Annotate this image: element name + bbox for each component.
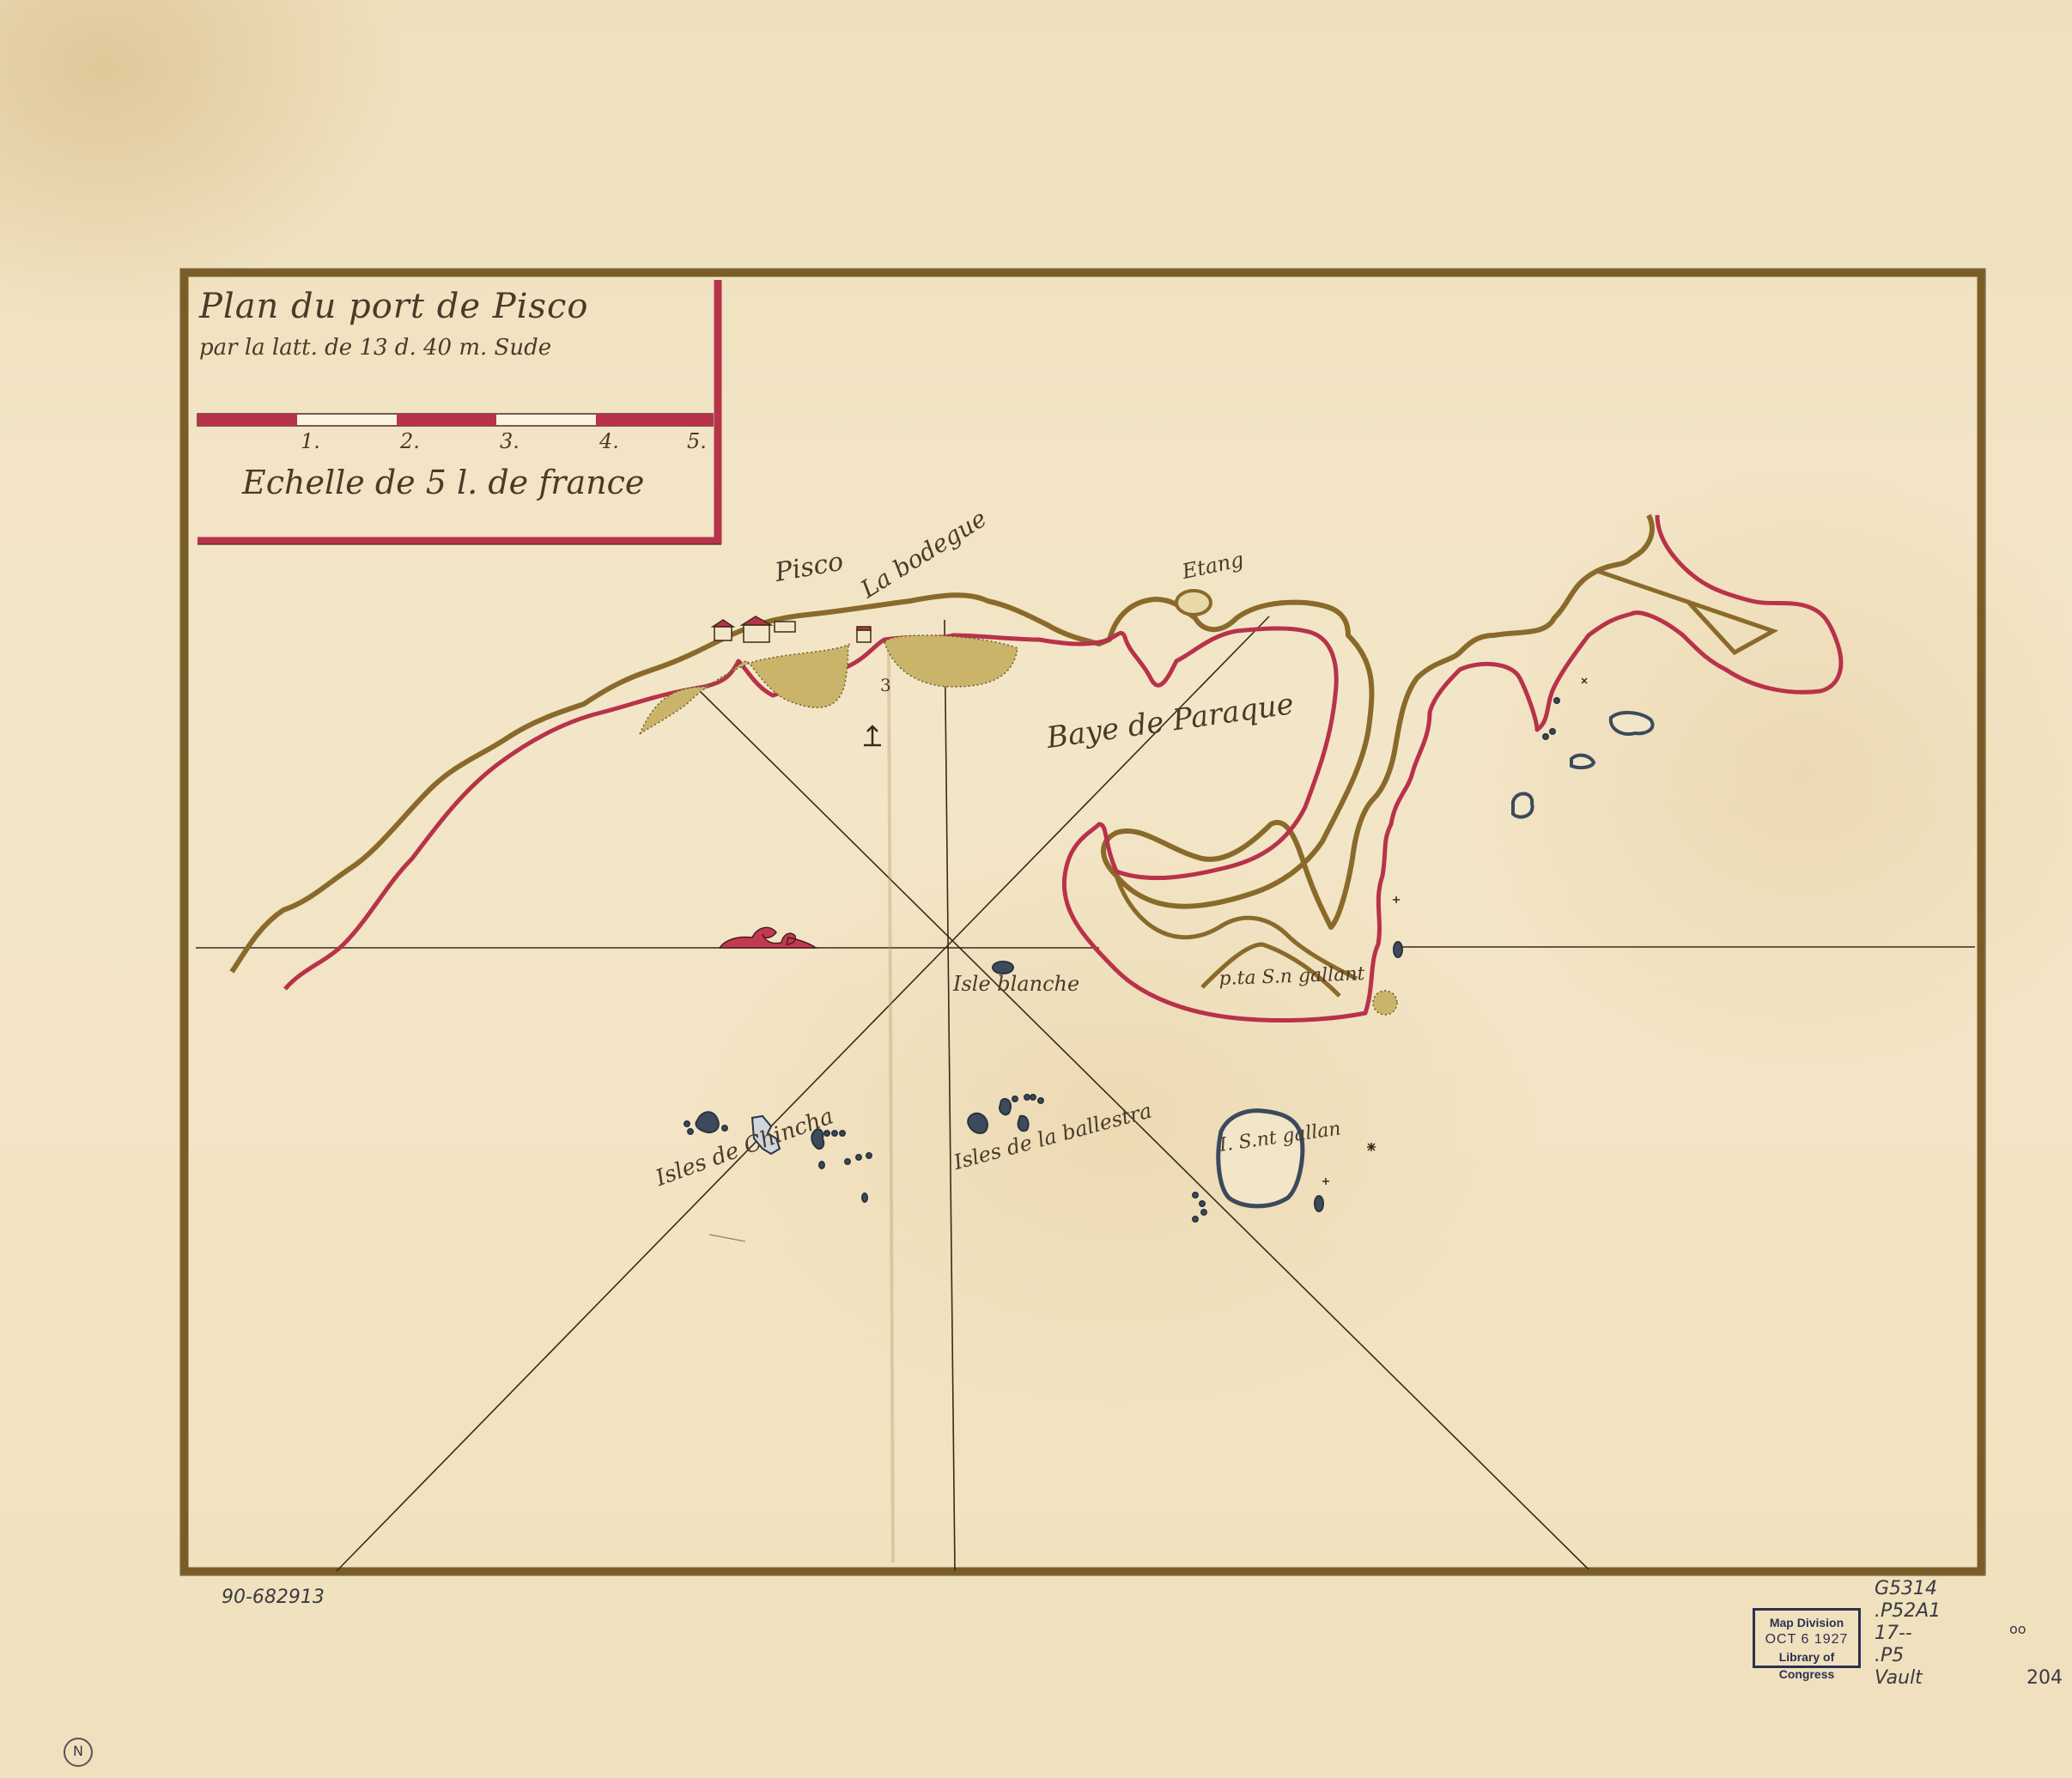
sounding-depth: 3 [880,675,891,695]
stamp-library: Library of Congress [1755,1648,1858,1683]
margin-note-204: 204 [2026,1667,2063,1689]
library-stamp: Map Division OCT 6 1927 Library of Congr… [1753,1608,1861,1668]
call-number: G5314 .P52A1 17-- .P5 Vault [1875,1578,1941,1690]
scale-tick-3: 3. [500,429,520,453]
scale-tick-1: 1. [301,429,320,453]
margin-note-oo: oo [2009,1621,2026,1637]
corner-mark: N [64,1738,93,1767]
call-number-line: .P5 [1875,1645,1941,1667]
accession-number: 90-682913 [222,1587,325,1608]
call-number-line: Vault [1875,1667,1941,1690]
coastline-sea [285,515,1841,1020]
scale-tick-2: 2. [400,429,420,453]
etang-pond [1176,591,1211,615]
map-drawing [0,0,2072,1778]
stamp-division: Map Division [1755,1614,1858,1631]
map-title: Plan du port de Pisco [199,287,588,326]
call-number-line: 17-- [1875,1623,1941,1645]
scale-bar [197,414,713,426]
rhumb-lines [196,616,1975,1571]
scale-tick-labels: 1. 2. 3. 4. 5. [258,429,721,455]
anchor-icon [864,726,881,745]
pisco-buildings [713,616,871,642]
scale-tick-5: 5. [687,429,707,453]
islands [684,698,1653,1222]
stamp-date: OCT 6 1927 [1755,1631,1858,1648]
coastline-land [232,515,1652,972]
call-number-line: G5314 [1875,1578,1941,1600]
map-subtitle: par la latt. de 13 d. 40 m. Sude [199,335,551,361]
call-number-line: .P52A1 [1875,1600,1941,1623]
label-isle-blanche: Isle blanche [953,972,1079,996]
scale-tick-4: 4. [599,429,619,453]
scale-caption: Echelle de 5 l. de france [242,464,644,501]
compass-ornament [720,927,816,948]
